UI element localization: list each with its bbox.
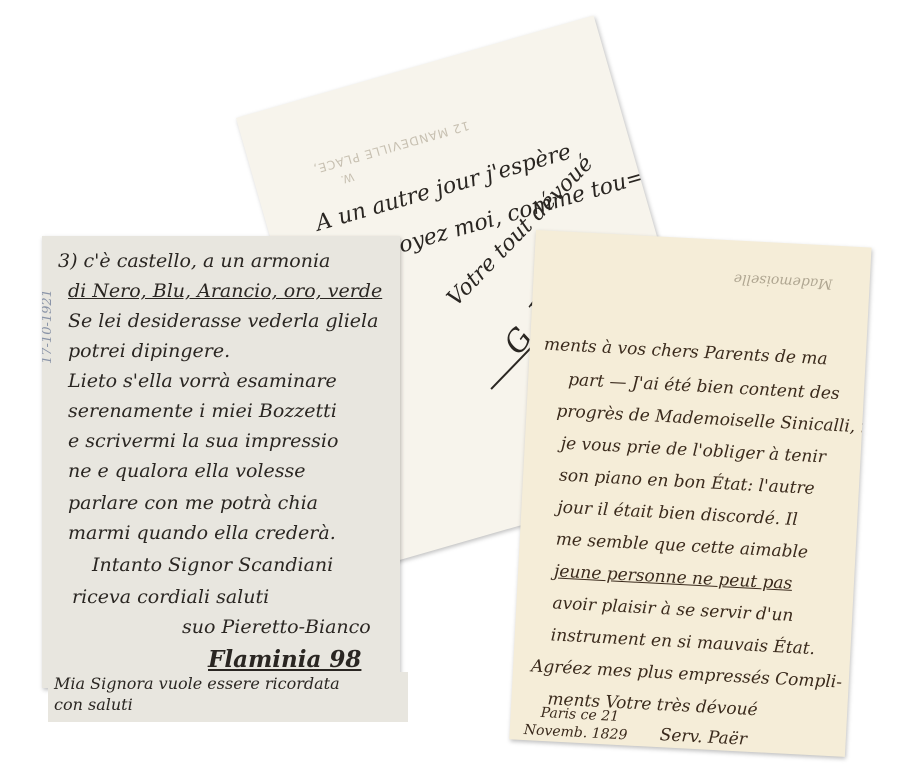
right-line-8: jeune personne ne peut pas bbox=[554, 561, 793, 593]
right-signature: Serv. Paër bbox=[659, 725, 747, 750]
left-signature: suo Pieretto-Bianco bbox=[182, 616, 371, 638]
left-line-3: Se lei desiderasse vederla gliela bbox=[68, 310, 378, 332]
left-line-8: ne e qualora ella volesse bbox=[68, 460, 306, 482]
faint-heading: Mademoiselle bbox=[733, 270, 833, 291]
right-line-5: son piano en bon État: l'autre bbox=[559, 466, 815, 499]
left-line-11: Intanto Signor Scandiani bbox=[92, 554, 333, 576]
right-line-11: Agréez mes plus empressés Compli- bbox=[531, 656, 843, 692]
left-address: Flaminia 98 bbox=[208, 646, 361, 673]
left-line-9: parlare con me potrà chia bbox=[68, 492, 318, 514]
left-line-1: 3) c'è castello, a un armonia bbox=[58, 250, 330, 272]
letterhead-emboss-line2: W. bbox=[339, 170, 355, 186]
left-letter-postscript: Mia Signora vuole essere ricordata con s… bbox=[48, 672, 408, 722]
letterhead-emboss: 12 MANDEVILLE PLACE, bbox=[311, 118, 471, 176]
right-line-1: ments à vos chers Parents de ma bbox=[543, 335, 828, 370]
place-date-line-2: Novemb. 1829 bbox=[523, 722, 627, 743]
letter-left: 17-10-1921 3) c'è castello, a un armonia… bbox=[42, 236, 400, 688]
left-line-2: di Nero, Blu, Arancio, oro, verde bbox=[68, 280, 382, 302]
right-line-3: progrès de Mademoiselle Sinicalli, mais bbox=[556, 401, 872, 439]
place-date-line-1: Paris ce 21 bbox=[540, 705, 619, 725]
left-line-7: e scrivermi la sua impressio bbox=[68, 430, 338, 452]
left-line-10: marmi quando ella crederà. bbox=[68, 522, 336, 544]
right-line-2: part — J'ai été bien content des bbox=[568, 370, 840, 404]
right-line-9: avoir plaisir à se servir d'un bbox=[552, 593, 794, 626]
left-line-6: serenamente i miei Bozzetti bbox=[68, 400, 337, 422]
left-line-4: potrei dipingere. bbox=[68, 340, 230, 362]
right-line-6: jour il était bien discordé. Il bbox=[557, 498, 798, 531]
left-line-12: riceva cordiali saluti bbox=[72, 586, 269, 608]
right-line-10: instrument en si mauvais État. bbox=[550, 625, 815, 659]
left-line-5: Lieto s'ella vorrà esaminare bbox=[68, 370, 337, 392]
right-line-4: je vous prie de l'obliger à tenir bbox=[560, 434, 826, 468]
margin-date: 17-10-1921 bbox=[42, 289, 55, 364]
right-line-7: me semble que cette aimable bbox=[555, 529, 808, 562]
letter-right: Mademoiselle ments à vos chers Parents d… bbox=[509, 230, 871, 757]
